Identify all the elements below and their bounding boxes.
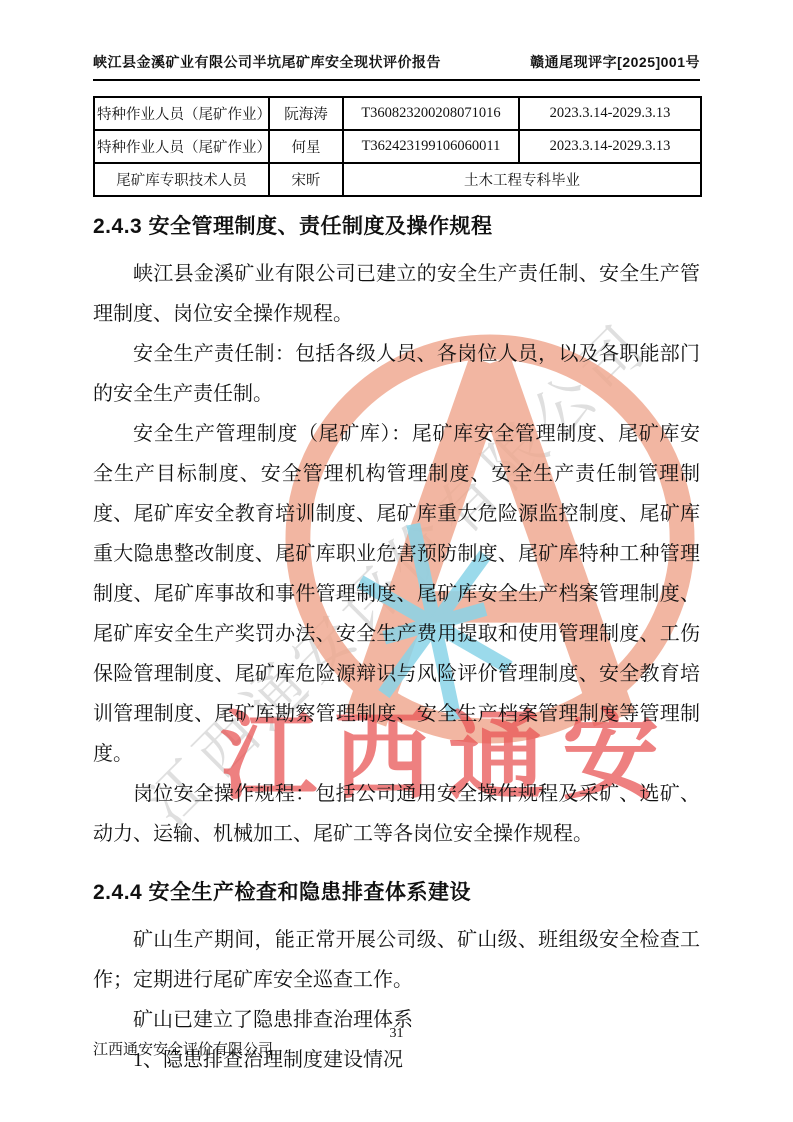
paragraph: 岗位安全操作规程：包括公司通用安全操作规程及采矿、选矿、动力、运输、机械加工、尾… xyxy=(93,774,700,854)
cell-cert-number: T362423199106060011 xyxy=(343,130,519,163)
document-body: 2.4.3 安全管理制度、责任制度及操作规程 峡江县金溪矿业有限公司已建立的安全… xyxy=(93,204,700,1080)
document-page: 江西通安评价有限公司 江西通安 峡江县金溪矿业有限公司半坑尾矿库安全现状评价报告… xyxy=(0,0,793,1122)
cell-name: 宋昕 xyxy=(269,163,343,196)
table-row: 特种作业人员（尾矿作业） 阮海涛 T360823200208071016 202… xyxy=(94,97,701,130)
cell-name: 阮海涛 xyxy=(269,97,343,130)
paragraph: 矿山生产期间，能正常开展公司级、矿山级、班组级安全检查工作；定期进行尾矿库安全巡… xyxy=(93,920,700,1000)
cell-education: 土木工程专科毕业 xyxy=(343,163,701,196)
header-doc-number: 赣通尾现评字[2025]001号 xyxy=(530,52,700,72)
section-heading-243: 2.4.3 安全管理制度、责任制度及操作规程 xyxy=(93,210,700,240)
personnel-table: 特种作业人员（尾矿作业） 阮海涛 T360823200208071016 202… xyxy=(93,96,702,197)
header-report-title: 峡江县金溪矿业有限公司半坑尾矿库安全现状评价报告 xyxy=(93,52,441,72)
header-rule xyxy=(93,79,700,81)
paragraph: 峡江县金溪矿业有限公司已建立的安全生产责任制、安全生产管理制度、岗位安全操作规程… xyxy=(93,254,700,334)
paragraph: 安全生产责任制：包括各级人员、各岗位人员，以及各职能部门的安全生产责任制。 xyxy=(93,334,700,414)
cell-role: 特种作业人员（尾矿作业） xyxy=(94,97,269,130)
cell-name: 何星 xyxy=(269,130,343,163)
cell-validity: 2023.3.14-2029.3.13 xyxy=(519,97,701,130)
cell-cert-number: T360823200208071016 xyxy=(343,97,519,130)
cell-validity: 2023.3.14-2029.3.13 xyxy=(519,130,701,163)
cell-role: 特种作业人员（尾矿作业） xyxy=(94,130,269,163)
section-heading-244: 2.4.4 安全生产检查和隐患排查体系建设 xyxy=(93,876,700,906)
cell-role: 尾矿库专职技术人员 xyxy=(94,163,269,196)
table-row: 特种作业人员（尾矿作业） 何星 T362423199106060011 2023… xyxy=(94,130,701,163)
footer-company-name: 江西通安安全评价有限公司 xyxy=(93,1038,273,1059)
table-row: 尾矿库专职技术人员 宋昕 土木工程专科毕业 xyxy=(94,163,701,196)
page-header: 峡江县金溪矿业有限公司半坑尾矿库安全现状评价报告 赣通尾现评字[2025]001… xyxy=(93,52,700,72)
paragraph: 安全生产管理制度（尾矿库）：尾矿库安全管理制度、尾矿库安全生产目标制度、安全管理… xyxy=(93,414,700,774)
